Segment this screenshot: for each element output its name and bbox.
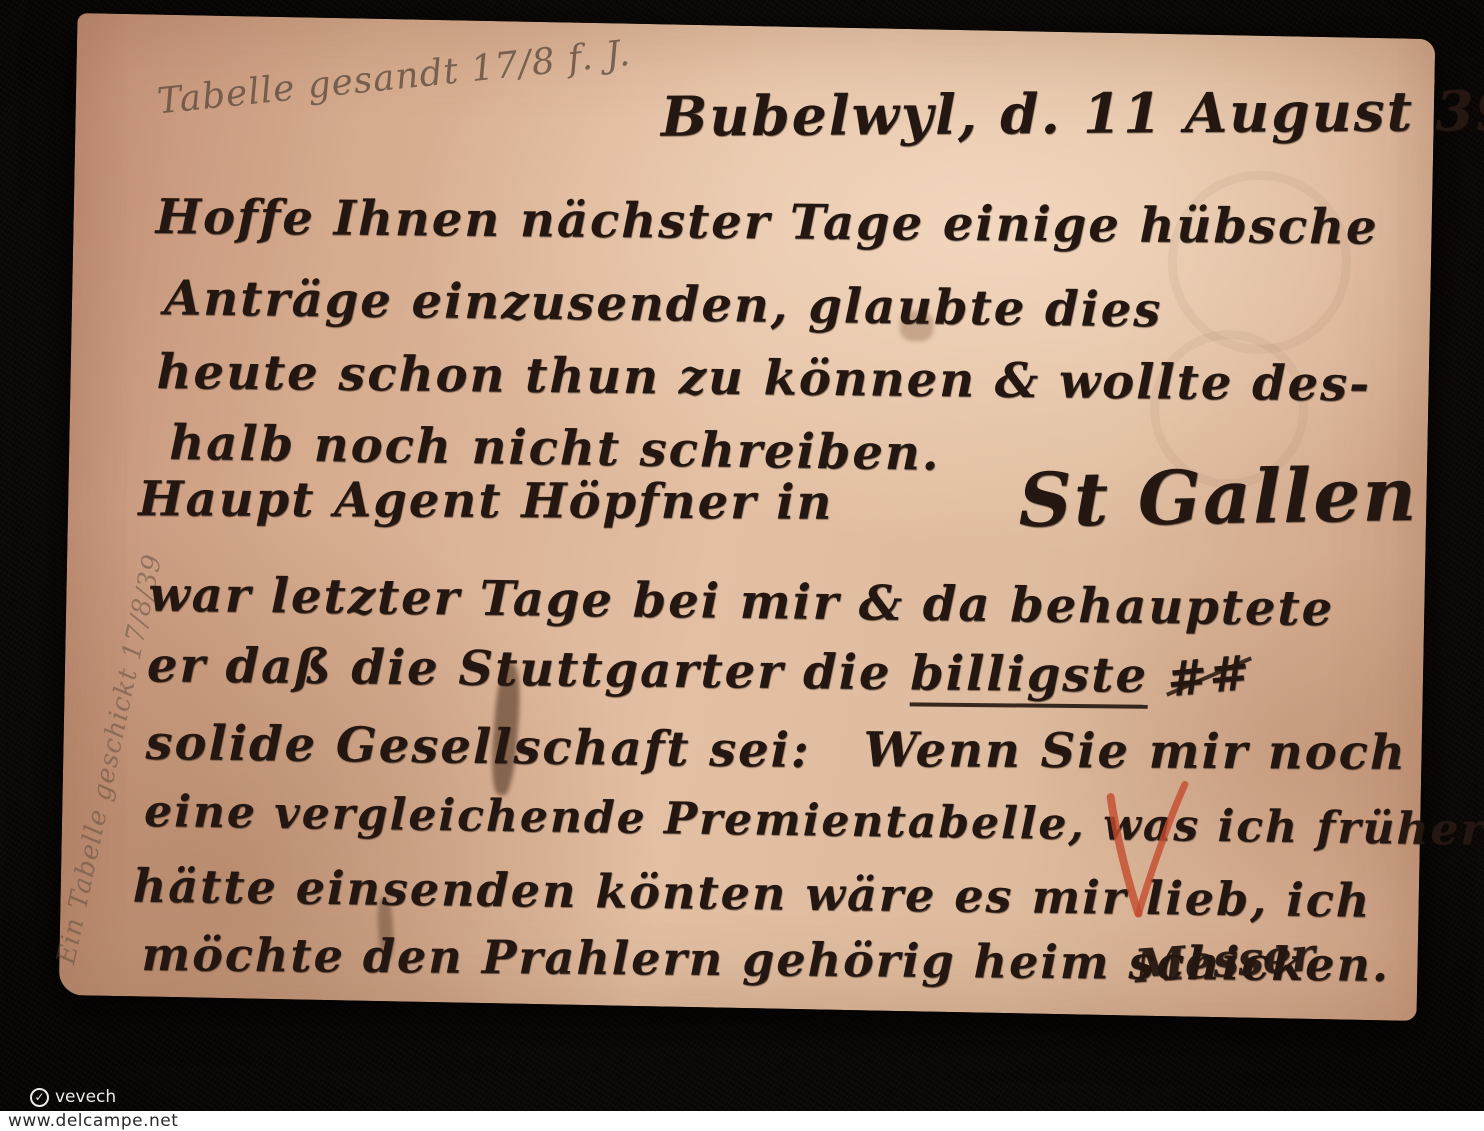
body-line: war letzter Tage bei mir & da behauptete bbox=[148, 567, 1334, 637]
body-line: Hoffe Ihnen nächster Tage einige hübsche bbox=[155, 189, 1378, 256]
crossed-out-mark: ## bbox=[1164, 645, 1253, 709]
body-line: Anträge einzusenden, glaubte dies bbox=[164, 270, 1163, 338]
seller-name: vevech bbox=[55, 1087, 116, 1107]
body-line-text: er daß die Stuttgarter die bbox=[147, 637, 892, 701]
dateline: Bubelwyl, d. 11 August 39, bbox=[661, 78, 1484, 149]
body-line: Haupt Agent Höpfner in bbox=[138, 471, 833, 531]
check-circle-icon: ✓ bbox=[30, 1088, 49, 1107]
underlined-word: billigste bbox=[910, 645, 1148, 708]
seller-watermark: ✓ vevech bbox=[30, 1087, 116, 1107]
watermark-url: www.delcampe.net bbox=[8, 1111, 178, 1131]
body-line: solide Gesellschaft sei: bbox=[145, 715, 811, 779]
red-check-mark bbox=[1080, 775, 1203, 937]
watermark-strip: www.delcampe.net bbox=[0, 1111, 1484, 1131]
body-line: eine vergleichende Premientabelle, was i… bbox=[144, 786, 1484, 856]
embossed-circle-mark bbox=[1166, 169, 1352, 355]
handwritten-postcard: Tabelle gesandt 17/8 f. J. Ein Tabelle g… bbox=[59, 13, 1436, 1021]
body-line: heute schon thun zu können & wollte des- bbox=[156, 344, 1371, 413]
body-line: Wenn Sie mir noch bbox=[863, 722, 1407, 781]
photo-of-postcard: Tabelle gesandt 17/8 f. J. Ein Tabelle g… bbox=[0, 0, 1484, 1131]
body-line: er daß die Stuttgarter die billigste ## bbox=[147, 637, 1252, 705]
pencil-note-top: Tabelle gesandt 17/8 f. J. bbox=[156, 33, 633, 123]
body-line-st-gallen: St Gallen bbox=[1018, 452, 1419, 544]
